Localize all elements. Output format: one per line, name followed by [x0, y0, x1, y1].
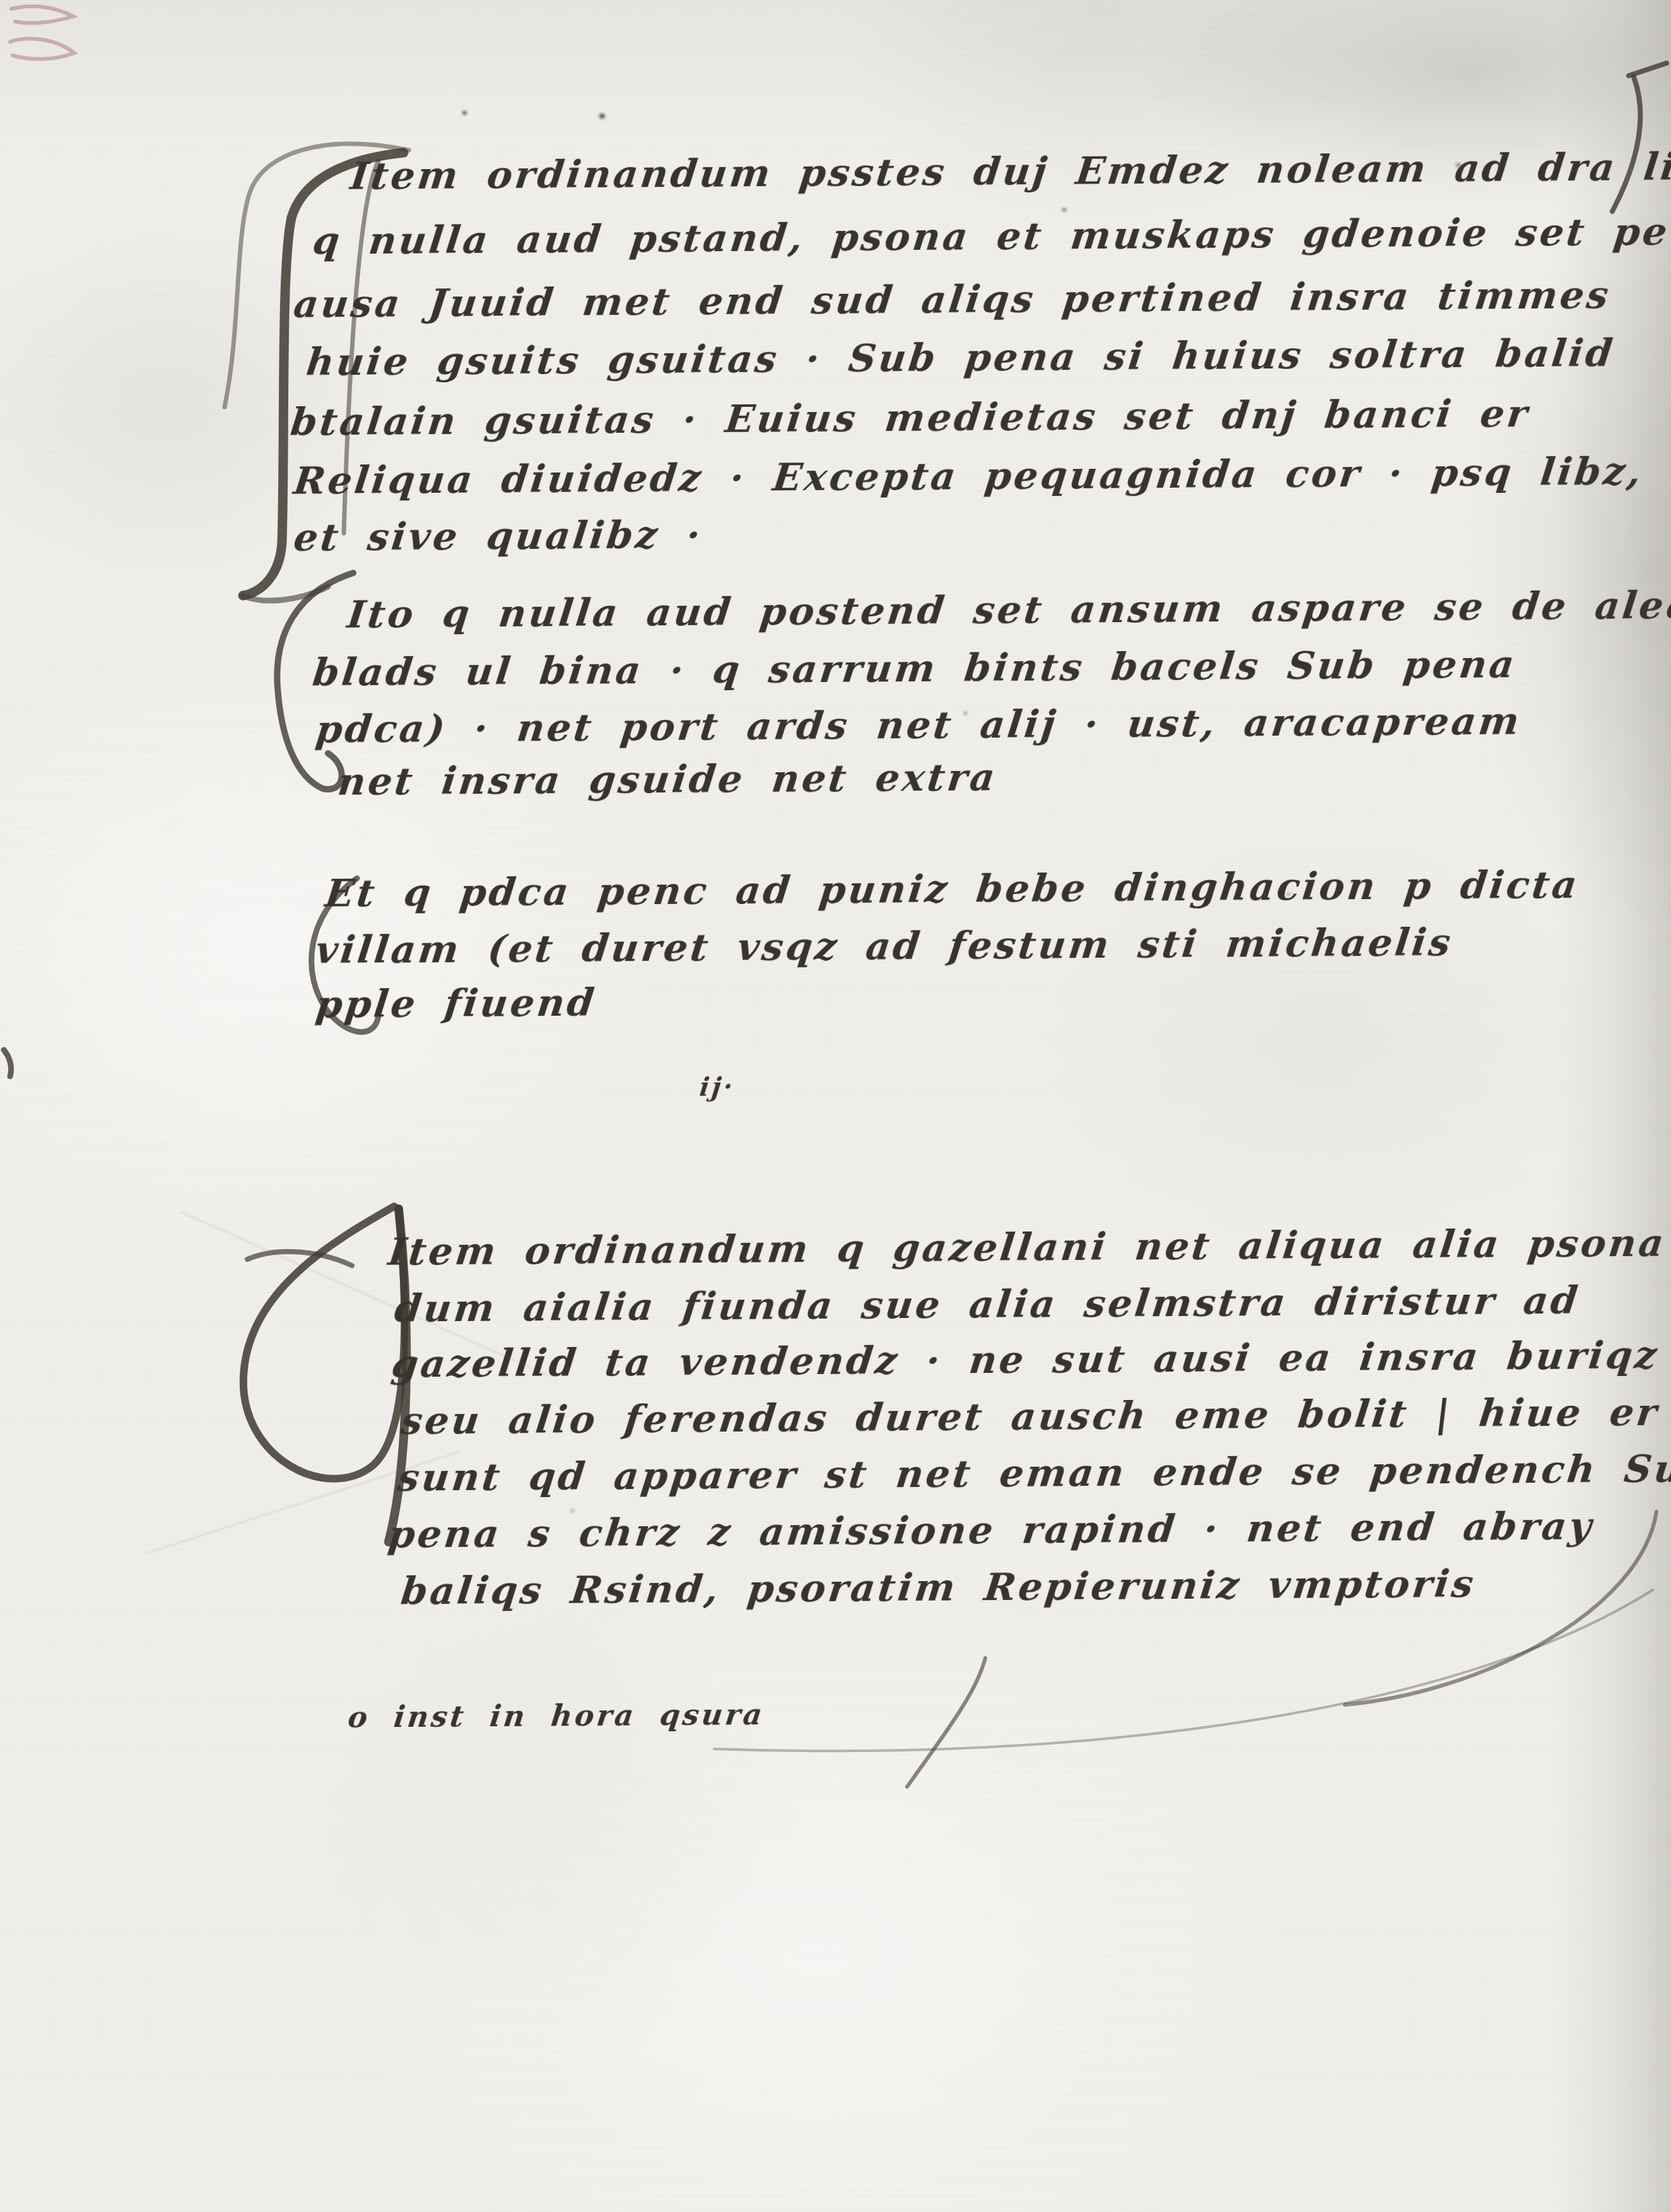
manuscript-line: Ito q nulla aud postend set ansum aspare… [345, 583, 1671, 637]
manuscript-line: et sive qualibz · [291, 513, 705, 560]
manuscript-line: net insra gsuide net extra [336, 756, 1000, 804]
manuscript-line: btalain gsuitas · Euius medietas set dnj… [288, 392, 1532, 445]
manuscript-line: dum aialia fiunda sue alia selmstra diri… [392, 1279, 1582, 1331]
ink-speck [1456, 163, 1461, 167]
ink-speck [462, 111, 467, 115]
manuscript-line: Item ordinandum q gazellani net aliqua a… [386, 1221, 1668, 1274]
red-corner-scribble-icon [10, 6, 74, 59]
manuscript-line: gazellid ta vendendz · ne sut ausi ea in… [389, 1334, 1662, 1387]
ink-speck [571, 1509, 574, 1512]
initial-swash-paragraph-4 [243, 1206, 406, 1542]
manuscript-line: huie gsuits gsuitas · Sub pena si huius … [304, 332, 1617, 385]
manuscript-line: pple fiuend [314, 981, 599, 1027]
manuscript-line: q nulla aud pstand, psona et muskaps gde… [310, 210, 1671, 264]
manuscript-line: blads ul bina · q sarrum bints bacels Su… [310, 643, 1519, 695]
ink-speck [1287, 893, 1291, 896]
manuscript-line: villam (et duret vsqz ad festum sti mich… [314, 921, 1455, 973]
manuscript-line: pena s chrz z amissione rapind · net end… [386, 1505, 1596, 1557]
footnote-stroke [907, 1658, 985, 1787]
calligraphic-flourishes [0, 0, 1671, 2212]
margin-mark: ij· [698, 1073, 737, 1102]
ink-speck [599, 114, 605, 119]
manuscript-page: Item ordinandum psstes duj Emdez noleam … [0, 0, 1671, 2212]
left-edge-mark [4, 1050, 11, 1076]
manuscript-line: Item ordinandum psstes duj Emdez noleam … [348, 144, 1671, 199]
manuscript-line: ausa Juuid met end sud aliqs pertined in… [291, 273, 1613, 327]
manuscript-line: baliqs Rsind, psoratim Repieruniz vmptor… [399, 1562, 1478, 1614]
ink-speck [964, 712, 967, 715]
line1-tail-flourish [1612, 77, 1640, 211]
manuscript-line: Et q pdca penc ad puniz bebe dinghacion … [323, 863, 1582, 916]
manuscript-line: sunt qd apparer st net eman ende se pend… [396, 1447, 1671, 1500]
footnote: o inst in hora qsura [346, 1697, 766, 1734]
ink-speck [1062, 208, 1066, 211]
manuscript-line: seu alio ferendas duret ausch eme bolit … [399, 1391, 1662, 1444]
tail-flourish-long [714, 1590, 1653, 1751]
manuscript-line: pdca) · net port ards net alij · ust, ar… [314, 700, 1524, 752]
manuscript-line: Reliqua diuidedz · Excepta pequagnida co… [291, 450, 1646, 503]
